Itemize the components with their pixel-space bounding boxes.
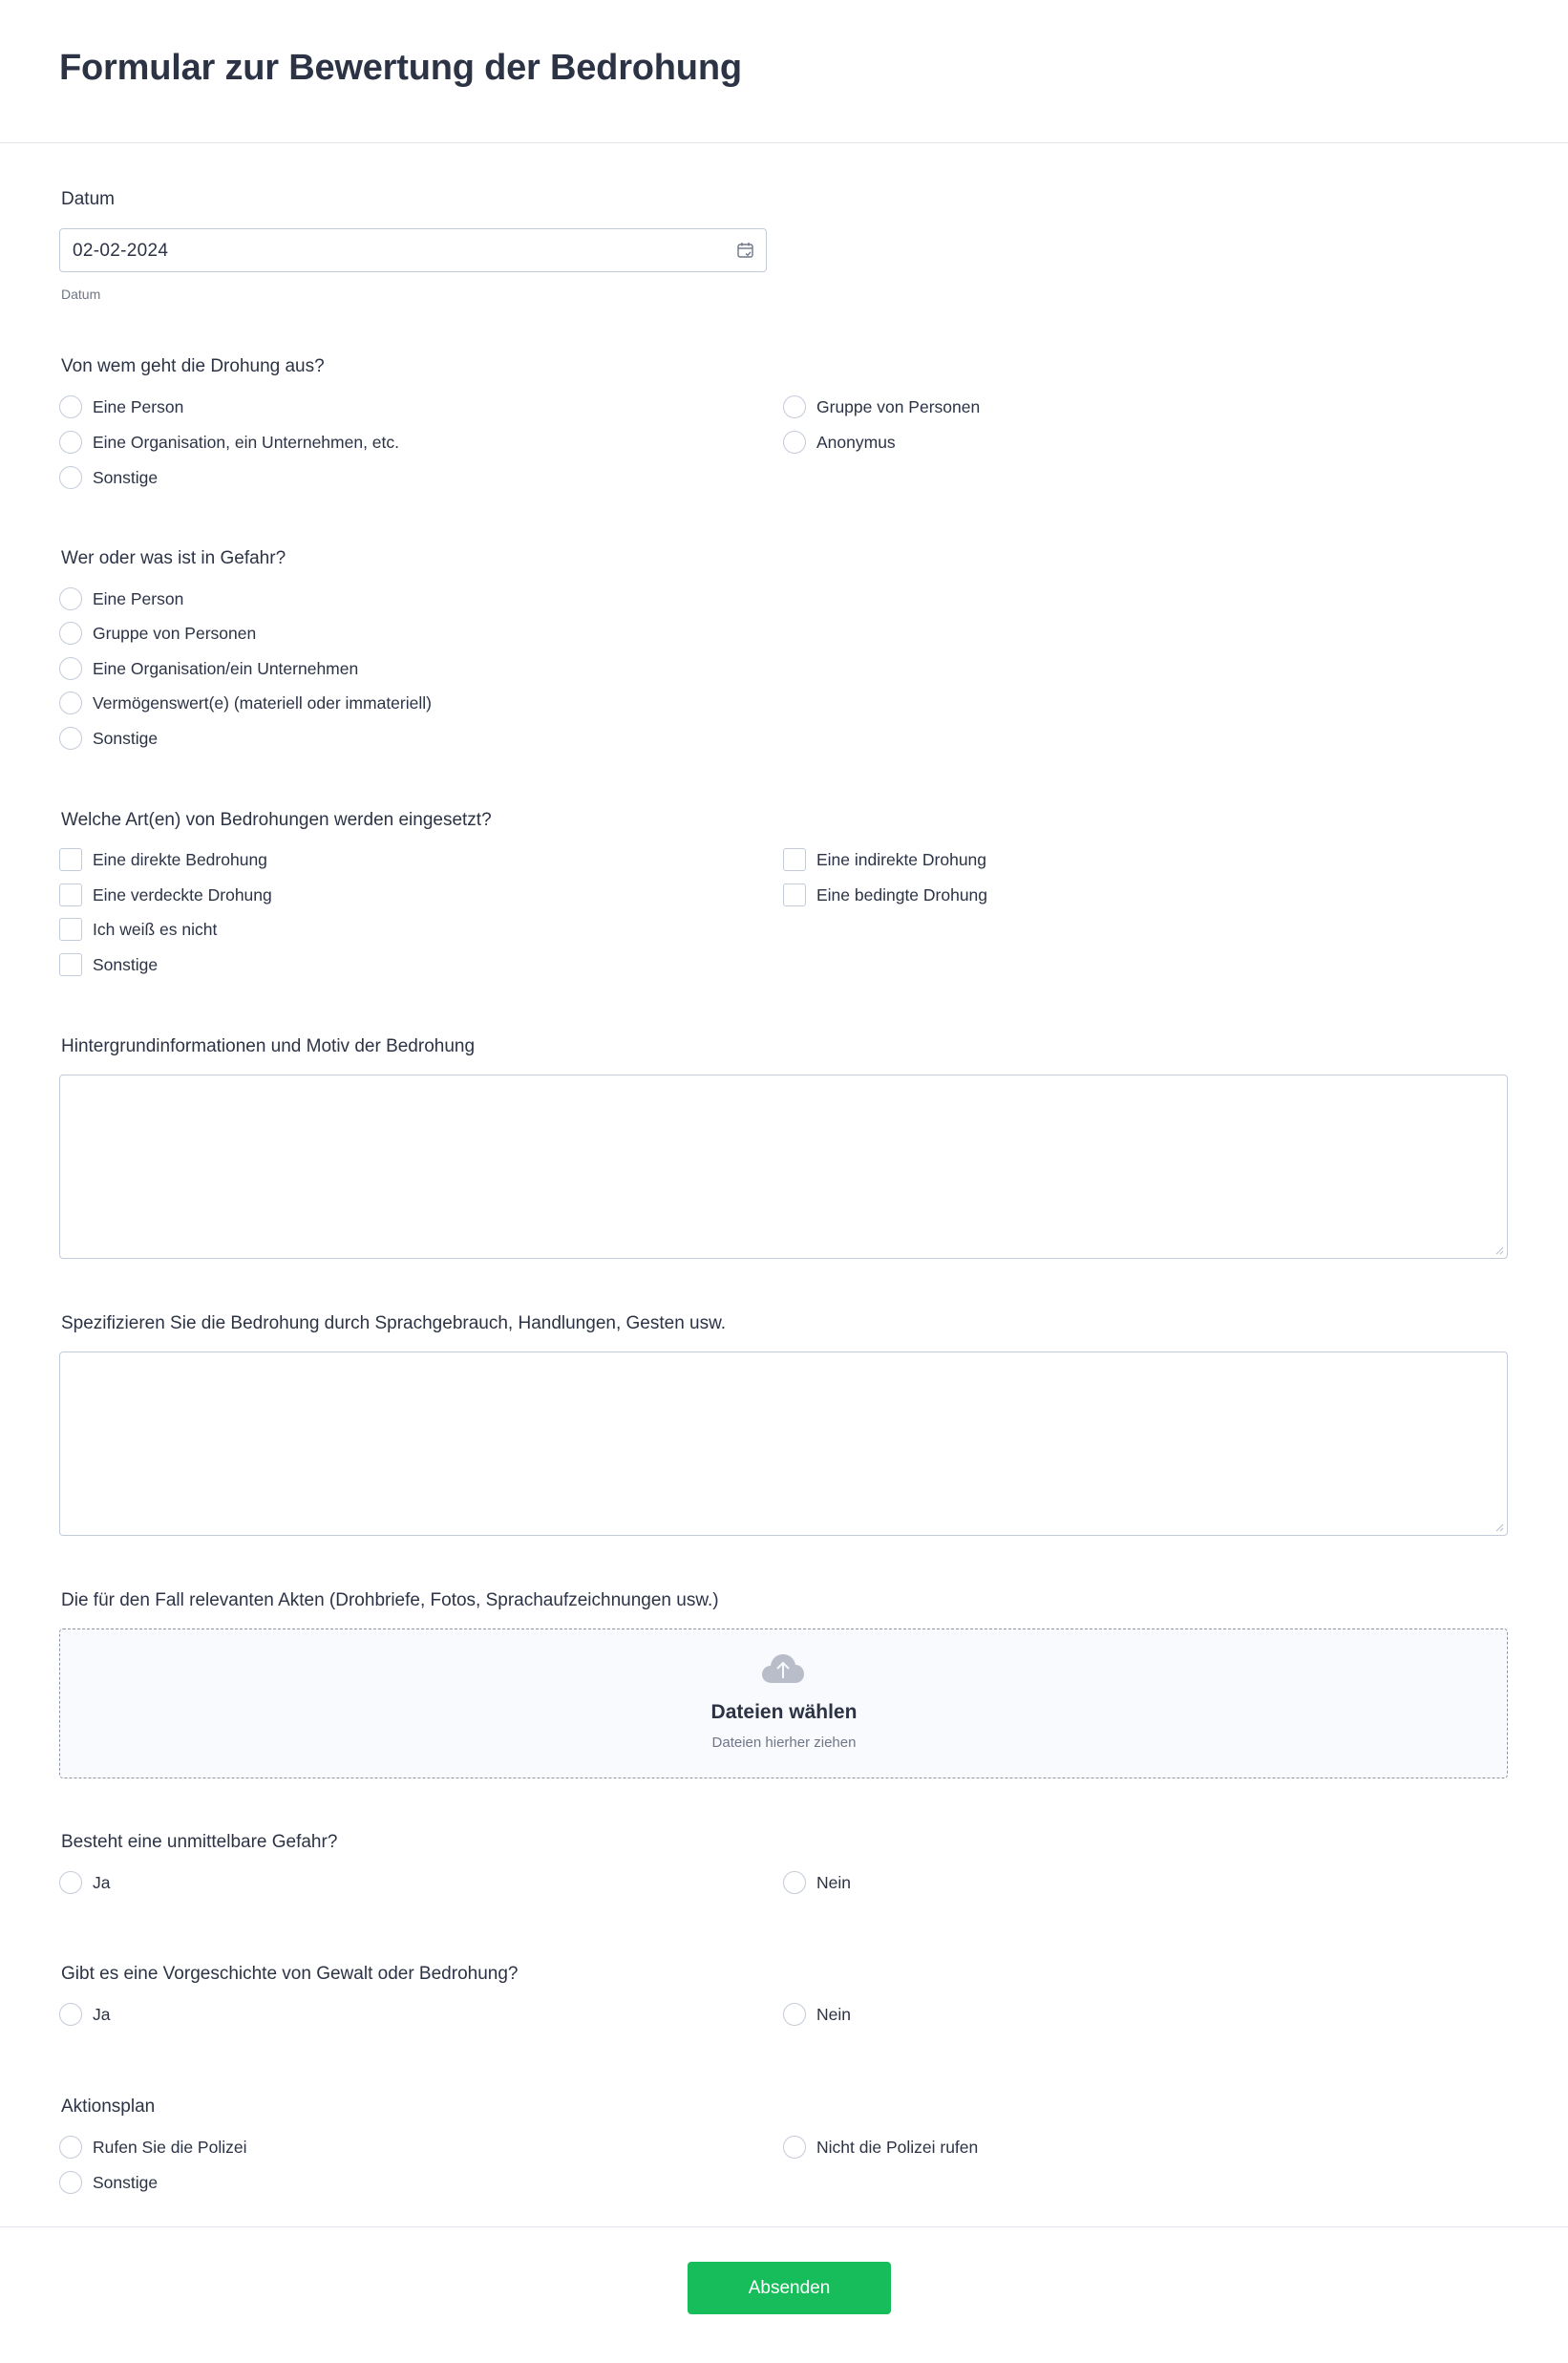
radio-option[interactable]: Sonstige: [59, 465, 158, 490]
radio-button[interactable]: [59, 2003, 82, 2026]
question-at-risk: Wer oder was ist in Gefahr?: [61, 548, 286, 569]
radio-option[interactable]: Gruppe von Personen: [783, 394, 980, 419]
calendar-icon[interactable]: [737, 242, 753, 259]
resize-handle-icon[interactable]: [1494, 1522, 1504, 1532]
radio-option[interactable]: Gruppe von Personen: [59, 621, 256, 646]
checkbox[interactable]: [59, 918, 82, 941]
checkbox-option[interactable]: Ich weiß es nicht: [59, 917, 217, 942]
background-textarea[interactable]: [59, 1075, 1508, 1259]
question-files: Die für den Fall relevanten Akten (Drohb…: [61, 1590, 719, 1611]
radio-option[interactable]: Eine Person: [59, 586, 183, 611]
radio-button[interactable]: [59, 727, 82, 750]
upload-title[interactable]: Dateien wählen: [0, 1701, 1568, 1724]
checkbox[interactable]: [783, 883, 806, 906]
submit-button[interactable]: Absenden: [688, 2262, 891, 2314]
checkbox[interactable]: [59, 883, 82, 906]
radio-option[interactable]: Anonymus: [783, 430, 896, 455]
date-label: Datum: [61, 189, 115, 210]
radio-button[interactable]: [59, 692, 82, 714]
radio-option[interactable]: Nein: [783, 1870, 851, 1895]
radio-button[interactable]: [783, 395, 806, 418]
checkbox-option[interactable]: Eine direkte Bedrohung: [59, 847, 267, 872]
radio-option[interactable]: Ja: [59, 1870, 110, 1895]
radio-option[interactable]: Ja: [59, 2002, 110, 2027]
question-action-plan: Aktionsplan: [61, 2097, 155, 2118]
upload-subtitle: Dateien hierher ziehen: [0, 1735, 1568, 1751]
radio-option[interactable]: Eine Person: [59, 394, 183, 419]
question-history: Gibt es eine Vorgeschichte von Gewalt od…: [61, 1964, 518, 1985]
radio-option[interactable]: Vermögenswert(e) (materiell oder immater…: [59, 691, 432, 715]
form-title: Formular zur Bewertung der Bedrohung: [59, 48, 742, 89]
question-threat-source: Von wem geht die Drohung aus?: [61, 356, 325, 377]
radio-option[interactable]: Sonstige: [59, 726, 158, 751]
radio-option[interactable]: Nicht die Polizei rufen: [783, 2135, 978, 2160]
checkbox-option[interactable]: Sonstige: [59, 952, 158, 977]
footer-divider: [0, 2226, 1568, 2227]
date-sublabel: Datum: [61, 287, 100, 302]
radio-option[interactable]: Nein: [783, 2002, 851, 2027]
radio-button[interactable]: [59, 466, 82, 489]
radio-button[interactable]: [783, 431, 806, 454]
radio-option[interactable]: Eine Organisation/ein Unternehmen: [59, 656, 358, 681]
question-background: Hintergrundinformationen und Motiv der B…: [61, 1036, 475, 1057]
resize-handle-icon[interactable]: [1494, 1245, 1504, 1255]
radio-button[interactable]: [59, 657, 82, 680]
checkbox-option[interactable]: Eine verdeckte Drohung: [59, 883, 272, 907]
radio-option[interactable]: Rufen Sie die Polizei: [59, 2135, 246, 2160]
cloud-upload-icon: [761, 1652, 805, 1685]
date-value: 02-02-2024: [73, 241, 168, 262]
checkbox[interactable]: [59, 953, 82, 976]
question-threat-types: Welche Art(en) von Bedrohungen werden ei…: [61, 810, 492, 831]
radio-button[interactable]: [783, 2136, 806, 2159]
checkbox[interactable]: [59, 848, 82, 871]
checkbox-option[interactable]: Eine bedingte Drohung: [783, 883, 987, 907]
radio-button[interactable]: [59, 2136, 82, 2159]
radio-button[interactable]: [59, 2171, 82, 2194]
radio-button[interactable]: [59, 587, 82, 610]
radio-button[interactable]: [783, 1871, 806, 1894]
form-header: Formular zur Bewertung der Bedrohung: [0, 0, 1568, 143]
radio-button[interactable]: [59, 1871, 82, 1894]
radio-button[interactable]: [783, 2003, 806, 2026]
checkbox[interactable]: [783, 848, 806, 871]
checkbox-option[interactable]: Eine indirekte Drohung: [783, 847, 986, 872]
radio-button[interactable]: [59, 622, 82, 645]
radio-button[interactable]: [59, 395, 82, 418]
radio-button[interactable]: [59, 431, 82, 454]
radio-option[interactable]: Sonstige: [59, 2170, 158, 2195]
question-specify: Spezifizieren Sie die Bedrohung durch Sp…: [61, 1313, 726, 1334]
radio-option[interactable]: Eine Organisation, ein Unternehmen, etc.: [59, 430, 399, 455]
specify-textarea[interactable]: [59, 1352, 1508, 1536]
question-immediate-danger: Besteht eine unmittelbare Gefahr?: [61, 1832, 337, 1853]
date-input[interactable]: 02-02-2024: [59, 228, 767, 272]
